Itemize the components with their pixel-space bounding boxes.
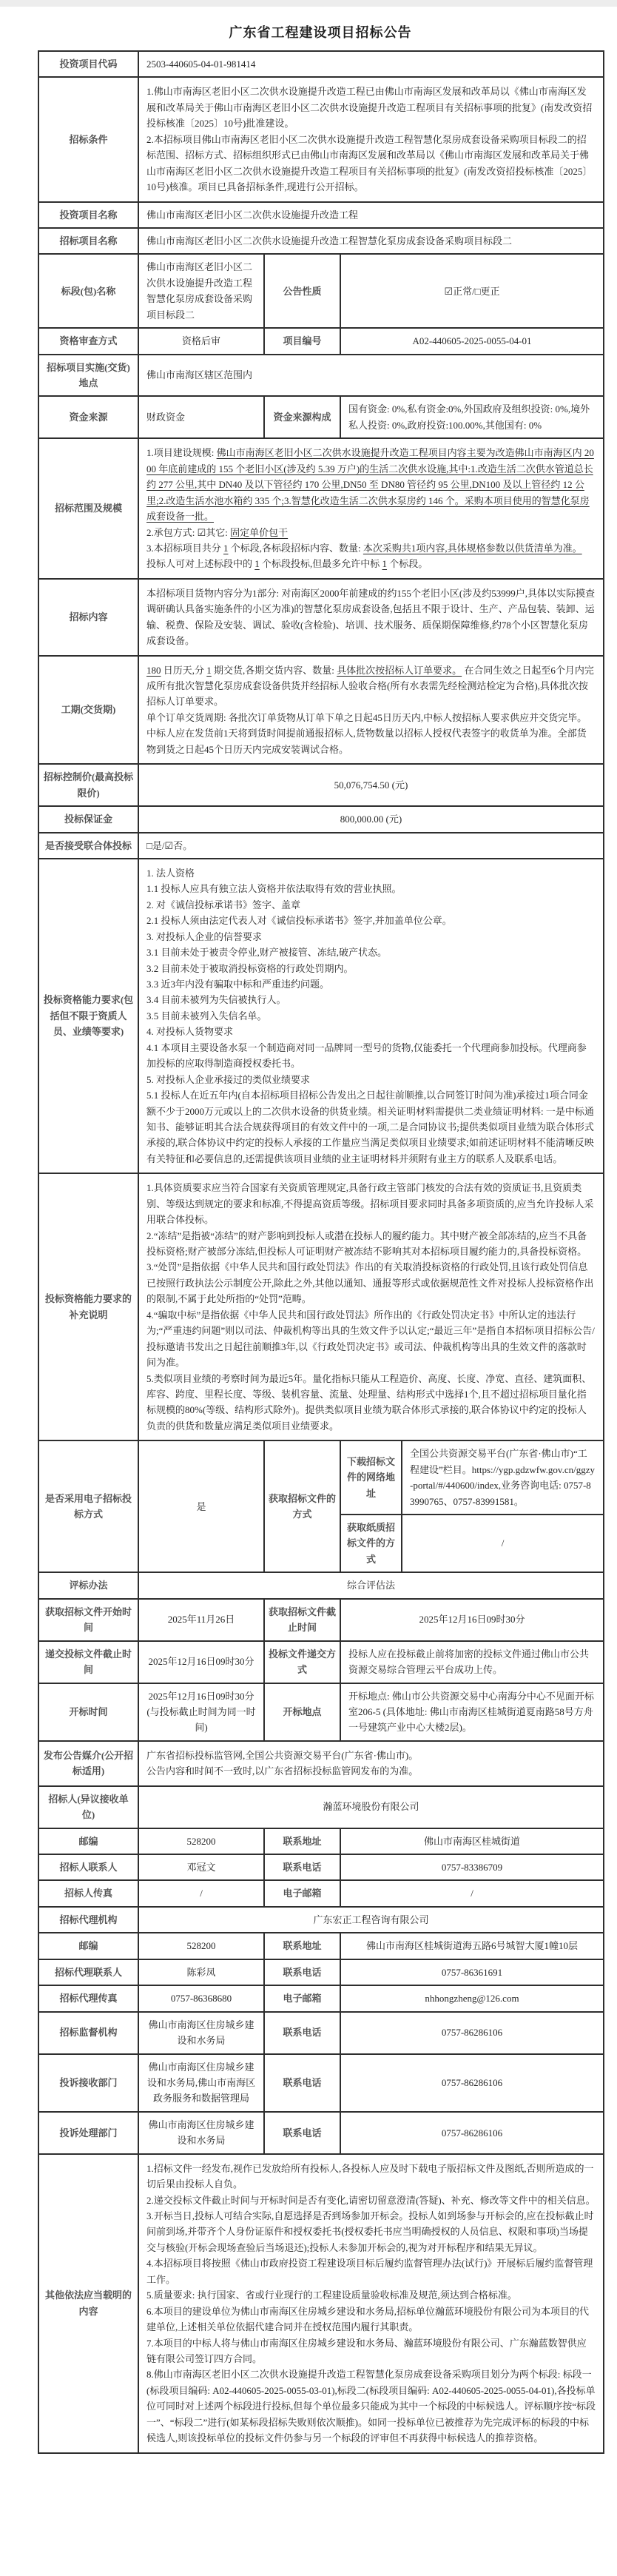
row-fund-source: 资金来源 财政资金 资金来源构成 国有资金: 0%,私有资金:0%,外国政府及组… xyxy=(38,396,604,438)
project-number-label: 项目编号 xyxy=(264,328,340,354)
tender-project-name-value: 佛山市南海区老旧小区二次供水设施提升改造工程智慧化泵房成套设备采购项目标段二 xyxy=(138,228,604,254)
tender-scope-value: 1.项目建设规模: 佛山市南海区老旧小区二次供水设施提升改造工程项目内容主要为改… xyxy=(138,438,604,579)
row-qualification-review: 资格审查方式 资格后审 项目编号 A02-440605-2025-0055-04… xyxy=(38,328,604,354)
complaint-handling-phone-label: 联系电话 xyxy=(264,2112,340,2154)
row-evaluation-method: 评标办法 综合评估法 xyxy=(38,1572,604,1598)
supervisor-phone-label: 联系电话 xyxy=(264,2012,340,2054)
notice-nature-label: 公告性质 xyxy=(264,254,340,328)
row-complaint-handling: 投诉处理部门 佛山市南海区住房城乡建设和水务局 联系电话 0757-862861… xyxy=(38,2112,604,2154)
announcement-media-value: 广东省招标投标监管网,全国公共资源交易平台(广东省·佛山市)。公告内容和时间不一… xyxy=(138,1741,604,1786)
tenderer-label: 招标人(异议接收单位) xyxy=(38,1786,138,1828)
tender-scope-label: 招标范围及规模 xyxy=(38,438,138,579)
tenderer-email-value: / xyxy=(340,1880,604,1906)
agency-email-value: nhhongzheng@126.com xyxy=(340,1985,604,2011)
opening-place-value: 开标地点: 佛山市公共资源交易中心南海分中心不见面开标室206-5 (具体地址:… xyxy=(340,1683,604,1741)
tenderer-zip-value: 528200 xyxy=(138,1828,264,1854)
tender-conditions-value: 1.佛山市南海区老旧小区二次供水设施提升改造工程已由佛山市南海区发展和改革局以《… xyxy=(138,77,604,201)
agency-address-value: 佛山市南海区桂城街道海五路6号城智大厦1幢10层 xyxy=(340,1933,604,1959)
tenderer-fax-label: 招标人传真 xyxy=(38,1880,138,1906)
row-investment-code: 投资项目代码 2503-440605-04-01-981414 xyxy=(38,51,604,77)
qualification-review-value: 资格后审 xyxy=(138,328,264,354)
other-contents-value: 1.招标文件一经发布,视作已发放给所有投标人,各投标人应及时下载电子版招标文件及… xyxy=(138,2154,604,2453)
row-tender-conditions: 招标条件 1.佛山市南海区老旧小区二次供水设施提升改造工程已由佛山市南海区发展和… xyxy=(38,77,604,201)
complaint-receiving-phone-value: 0757-86286106 xyxy=(340,2054,604,2112)
delivery-location-label: 招标项目实施(交货)地点 xyxy=(38,355,138,397)
submission-method-label: 投标文件递交方式 xyxy=(264,1641,340,1683)
row-delivery-location: 招标项目实施(交货)地点 佛山市南海区辖区范围内 xyxy=(38,355,604,397)
complaint-receiving-label: 投诉接收部门 xyxy=(38,2054,138,2112)
row-agency-fax: 招标代理传真 0757-86368680 电子邮箱 nhhongzheng@12… xyxy=(38,1985,604,2011)
electronic-bidding-value: 是 xyxy=(138,1440,264,1572)
control-price-value: 50,076,754.50 (元) xyxy=(138,764,604,806)
row-tenderer-fax: 招标人传真 / 电子邮箱 / xyxy=(38,1880,604,1906)
tenderer-address-value: 佛山市南海区桂城街道 xyxy=(340,1828,604,1854)
row-control-price: 招标控制价(最高投标限价) 50,076,754.50 (元) xyxy=(38,764,604,806)
fund-source-value: 财政资金 xyxy=(138,396,264,438)
fund-composition-label: 资金来源构成 xyxy=(264,396,340,438)
row-tenderer: 招标人(异议接收单位) 瀚蓝环境股份有限公司 xyxy=(38,1786,604,1828)
row-agency-zip: 邮编 528200 联系地址 佛山市南海区桂城街道海五路6号城智大厦1幢10层 xyxy=(38,1933,604,1959)
bid-deposit-label: 投标保证金 xyxy=(38,806,138,832)
tenderer-address-label: 联系地址 xyxy=(264,1828,340,1854)
agency-phone-value: 0757-86361691 xyxy=(340,1959,604,1985)
page-top-strip xyxy=(0,0,617,7)
row-tenderer-contact: 招标人联系人 邓冠文 联系电话 0757-83386709 xyxy=(38,1854,604,1880)
row-bid-deposit: 投标保证金 800,000.00 (元) xyxy=(38,806,604,832)
complaint-handling-phone-value: 0757-86286106 xyxy=(340,2112,604,2154)
submission-deadline-label: 递交投标文件截止时间 xyxy=(38,1641,138,1683)
row-document-times: 获取招标文件开始时间 2025年11月26日 获取招标文件截止时间 2025年1… xyxy=(38,1599,604,1641)
tender-announcement-document: 广东省工程建设项目招标公告 投资项目代码 2503-440605-04-01-9… xyxy=(38,22,603,2454)
section-name-value: 佛山市南海区老旧小区二次供水设施提升改造工程智慧化泵房成套设备采购项目标段二 xyxy=(138,254,264,328)
tenderer-zip-label: 邮编 xyxy=(38,1828,138,1854)
submission-deadline-value: 2025年12月16日09时30分 xyxy=(138,1641,264,1683)
row-capability-notes: 投标资格能力要求的补充说明 1.具体资质要求应当符合国家有关资质管理规定,具备行… xyxy=(38,1173,604,1440)
row-tender-scope: 招标范围及规模 1.项目建设规模: 佛山市南海区老旧小区二次供水设施提升改造工程… xyxy=(38,438,604,579)
row-agency: 招标代理机构 广东宏正工程咨询有限公司 xyxy=(38,1907,604,1933)
project-number-value: A02-440605-2025-0055-04-01 xyxy=(340,328,604,354)
complaint-receiving-phone-label: 联系电话 xyxy=(264,2054,340,2112)
tenderer-email-label: 电子邮箱 xyxy=(264,1880,340,1906)
row-tender-project-name: 招标项目名称 佛山市南海区老旧小区二次供水设施提升改造工程智慧化泵房成套设备采购… xyxy=(38,228,604,254)
supervisor-value: 佛山市南海区住房城乡建设和水务局 xyxy=(138,2012,264,2054)
tender-conditions-label: 招标条件 xyxy=(38,77,138,201)
control-price-label: 招标控制价(最高投标限价) xyxy=(38,764,138,806)
download-url-value: 全国公共资源交易平台(广东省·佛山市)“工程建设”栏目。https://ygp.… xyxy=(402,1440,604,1515)
agency-email-label: 电子邮箱 xyxy=(264,1985,340,2011)
capability-notes-label: 投标资格能力要求的补充说明 xyxy=(38,1173,138,1440)
agency-value: 广东宏正工程咨询有限公司 xyxy=(138,1907,604,1933)
agency-contact-label: 招标代理联系人 xyxy=(38,1959,138,1985)
agency-zip-value: 528200 xyxy=(138,1933,264,1959)
tender-content-value: 本招标项目货物内容分为1部分: 对南海区2000年前建成的约155个老旧小区(涉… xyxy=(138,579,604,656)
row-tender-content: 招标内容 本招标项目货物内容分为1部分: 对南海区2000年前建成的约155个老… xyxy=(38,579,604,656)
row-other-contents: 其他依法应当载明的内容 1.招标文件一经发布,视作已发放给所有投标人,各投标人应… xyxy=(38,2154,604,2453)
investment-code-value: 2503-440605-04-01-981414 xyxy=(138,51,604,77)
consortium-label: 是否接受联合体投标 xyxy=(38,833,138,859)
tender-content-label: 招标内容 xyxy=(38,579,138,656)
obtain-documents-label: 获取招标文件的方式 xyxy=(264,1440,340,1572)
tenderer-contact-value: 邓冠文 xyxy=(138,1854,264,1880)
announcement-table: 投资项目代码 2503-440605-04-01-981414 招标条件 1.佛… xyxy=(38,50,604,2454)
row-announcement-media: 发布公告媒介(公开招标适用) 广东省招标投标监管网,全国公共资源交易平台(广东省… xyxy=(38,1741,604,1786)
document-deadline-value: 2025年12月16日09时30分 xyxy=(340,1599,604,1641)
row-investment-project-name: 投资项目名称 佛山市南海区老旧小区二次供水设施提升改造工程 xyxy=(38,202,604,228)
delivery-location-value: 佛山市南海区辖区范围内 xyxy=(138,355,604,397)
tenderer-phone-value: 0757-83386709 xyxy=(340,1854,604,1880)
capability-requirements-label: 投标资格能力要求(包括但不限于资质人员、业绩等要求) xyxy=(38,859,138,1173)
row-capability-requirements: 投标资格能力要求(包括但不限于资质人员、业绩等要求) 1. 法人资格1.1 投标… xyxy=(38,859,604,1173)
paper-documents-value: / xyxy=(402,1515,604,1572)
row-electronic-bidding: 是否采用电子招标投标方式 是 获取招标文件的方式 下载招标文件的网络地址 全国公… xyxy=(38,1440,604,1515)
paper-documents-label: 获取纸质招标文件的方式 xyxy=(340,1515,402,1572)
consortium-value: □是/☑否。 xyxy=(138,833,604,859)
agency-fax-label: 招标代理传真 xyxy=(38,1985,138,2011)
supervisor-phone-value: 0757-86286106 xyxy=(340,2012,604,2054)
row-delivery-period: 工期(交货期) 180 日历天,分 1 期交货,各期交货内容、数量: 具体批次按… xyxy=(38,656,604,765)
row-complaint-receiving: 投诉接收部门 佛山市南海区住房城乡建设和水务局,佛山市南海区政务服务和数据管理局… xyxy=(38,2054,604,2112)
delivery-period-label: 工期(交货期) xyxy=(38,656,138,765)
complaint-receiving-value: 佛山市南海区住房城乡建设和水务局,佛山市南海区政务服务和数据管理局 xyxy=(138,2054,264,2112)
agency-label: 招标代理机构 xyxy=(38,1907,138,1933)
supervisor-label: 招标监督机构 xyxy=(38,2012,138,2054)
page-title: 广东省工程建设项目招标公告 xyxy=(38,22,603,41)
investment-project-name-value: 佛山市南海区老旧小区二次供水设施提升改造工程 xyxy=(138,202,604,228)
notice-nature-value: ☑正常/□更正 xyxy=(340,254,604,328)
investment-project-name-label: 投资项目名称 xyxy=(38,202,138,228)
tenderer-phone-label: 联系电话 xyxy=(264,1854,340,1880)
delivery-period-value: 180 日历天,分 1 期交货,各期交货内容、数量: 具体批次按招标人订单要求。… xyxy=(138,656,604,765)
fund-composition-value: 国有资金: 0%,私有资金:0%,外国政府及组织投资: 0%,境外私人投资: 0… xyxy=(340,396,604,438)
opening-place-label: 开标地点 xyxy=(264,1683,340,1741)
row-submission: 递交投标文件截止时间 2025年12月16日09时30分 投标文件递交方式 投标… xyxy=(38,1641,604,1683)
row-agency-contact: 招标代理联系人 陈彩凤 联系电话 0757-86361691 xyxy=(38,1959,604,1985)
download-url-label: 下载招标文件的网络地址 xyxy=(340,1440,402,1515)
tenderer-fax-value: / xyxy=(138,1880,264,1906)
evaluation-method-label: 评标办法 xyxy=(38,1572,138,1598)
capability-requirements-value: 1. 法人资格1.1 投标人应具有独立法人资格并依法取得有效的营业执照。2. 对… xyxy=(138,859,604,1173)
document-start-time-value: 2025年11月26日 xyxy=(138,1599,264,1641)
section-name-label: 标段(包)名称 xyxy=(38,254,138,328)
tenderer-contact-label: 招标人联系人 xyxy=(38,1854,138,1880)
document-start-time-label: 获取招标文件开始时间 xyxy=(38,1599,138,1641)
bid-deposit-value: 800,000.00 (元) xyxy=(138,806,604,832)
row-section-name: 标段(包)名称 佛山市南海区老旧小区二次供水设施提升改造工程智慧化泵房成套设备采… xyxy=(38,254,604,328)
opening-time-value: 2025年12月16日09时30分(与投标截止时间为同一时间) xyxy=(138,1683,264,1741)
evaluation-method-value: 综合评估法 xyxy=(138,1572,604,1598)
fund-source-label: 资金来源 xyxy=(38,396,138,438)
agency-phone-label: 联系电话 xyxy=(264,1959,340,1985)
complaint-handling-value: 佛山市南海区住房城乡建设和水务局 xyxy=(138,2112,264,2154)
document-deadline-label: 获取招标文件截止时间 xyxy=(264,1599,340,1641)
agency-contact-value: 陈彩凤 xyxy=(138,1959,264,1985)
tenderer-value: 瀚蓝环境股份有限公司 xyxy=(138,1786,604,1828)
opening-time-label: 开标时间 xyxy=(38,1683,138,1741)
qualification-review-label: 资格审查方式 xyxy=(38,328,138,354)
electronic-bidding-label: 是否采用电子招标投标方式 xyxy=(38,1440,138,1572)
other-contents-label: 其他依法应当载明的内容 xyxy=(38,2154,138,2453)
row-tenderer-zip: 邮编 528200 联系地址 佛山市南海区桂城街道 xyxy=(38,1828,604,1854)
row-supervisor: 招标监督机构 佛山市南海区住房城乡建设和水务局 联系电话 0757-862861… xyxy=(38,2012,604,2054)
investment-code-label: 投资项目代码 xyxy=(38,51,138,77)
complaint-handling-label: 投诉处理部门 xyxy=(38,2112,138,2154)
agency-fax-value: 0757-86368680 xyxy=(138,1985,264,2011)
tender-project-name-label: 招标项目名称 xyxy=(38,228,138,254)
capability-notes-value: 1.具体资质要求应当符合国家有关资质管理规定,具备行政主管部门核发的合法有效的资… xyxy=(138,1173,604,1440)
row-consortium: 是否接受联合体投标 □是/☑否。 xyxy=(38,833,604,859)
agency-zip-label: 邮编 xyxy=(38,1933,138,1959)
announcement-media-label: 发布公告媒介(公开招标适用) xyxy=(38,1741,138,1786)
agency-address-label: 联系地址 xyxy=(264,1933,340,1959)
submission-method-value: 投标人应在投标截止前将加密的投标文件通过佛山市公共资源交易综合管理云平台成功上传… xyxy=(340,1641,604,1683)
row-bid-opening: 开标时间 2025年12月16日09时30分(与投标截止时间为同一时间) 开标地… xyxy=(38,1683,604,1741)
